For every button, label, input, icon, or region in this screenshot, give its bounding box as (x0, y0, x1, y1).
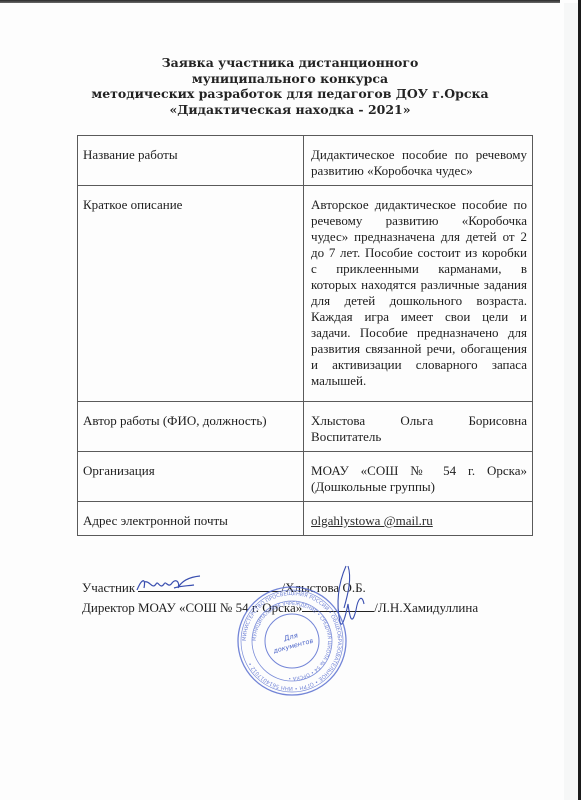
svg-text:Для: Для (282, 631, 299, 643)
participant-name: /Хлыстова О.Б. (281, 580, 365, 595)
participant-signature-line: Участник /Хлыстова О.Б. (82, 580, 366, 596)
director-signature-blank (302, 600, 374, 612)
row-label: Адрес электронной почты (78, 502, 304, 536)
svg-text:документов: документов (271, 637, 314, 656)
table-row-work-title: Название работы Дидактическое пособие по… (78, 136, 533, 186)
title-line-3: методических разработок для педагогов ДО… (40, 86, 540, 102)
title-line-2: муниципального конкурса (40, 71, 540, 87)
row-value: Авторское дидактическое пособие по речев… (304, 186, 533, 402)
row-label: Организация (78, 452, 304, 502)
row-value-email: olgahlystowa @mail.ru (304, 502, 533, 536)
row-label: Краткое описание (78, 186, 304, 402)
table-row-organization: Организация МОАУ «СОШ № 54 г. Орска» (До… (78, 452, 533, 502)
row-value: Хлыстова Ольга Борисовна Воспитатель (304, 402, 533, 452)
scan-shade-right (564, 3, 578, 800)
row-value: Дидактическое пособие по речевому развит… (304, 136, 533, 186)
director-signature-icon (318, 564, 368, 634)
participant-signature-blank (138, 580, 281, 592)
director-label: Директор МОАУ «СОШ № 54 г. Орска» (82, 600, 302, 615)
email-link[interactable]: olgahlystowa @mail.ru (311, 513, 433, 528)
title-line-4: «Дидактическая находка - 2021» (40, 102, 540, 118)
row-label: Название работы (78, 136, 304, 186)
director-name: /Л.Н.Хамидуллина (374, 600, 478, 615)
table-row-email: Адрес электронной почты olgahlystowa @ma… (78, 502, 533, 536)
row-label: Автор работы (ФИО, должность) (78, 402, 304, 452)
participant-label: Участник (82, 580, 135, 595)
scan-edge-top (0, 0, 560, 3)
director-signature-line: Директор МОАУ «СОШ № 54 г. Орска»/Л.Н.Ха… (82, 600, 478, 616)
table-row-author: Автор работы (ФИО, должность) Хлыстова О… (78, 402, 533, 452)
document-title: Заявка участника дистанционного муниципа… (40, 55, 540, 117)
application-table: Название работы Дидактическое пособие по… (77, 135, 533, 536)
row-value: МОАУ «СОШ № 54 г. Орска» (Дошкольные гру… (304, 452, 533, 502)
table-row-description: Краткое описание Авторское дидактическое… (78, 186, 533, 402)
title-line-1: Заявка участника дистанционного (40, 55, 540, 71)
